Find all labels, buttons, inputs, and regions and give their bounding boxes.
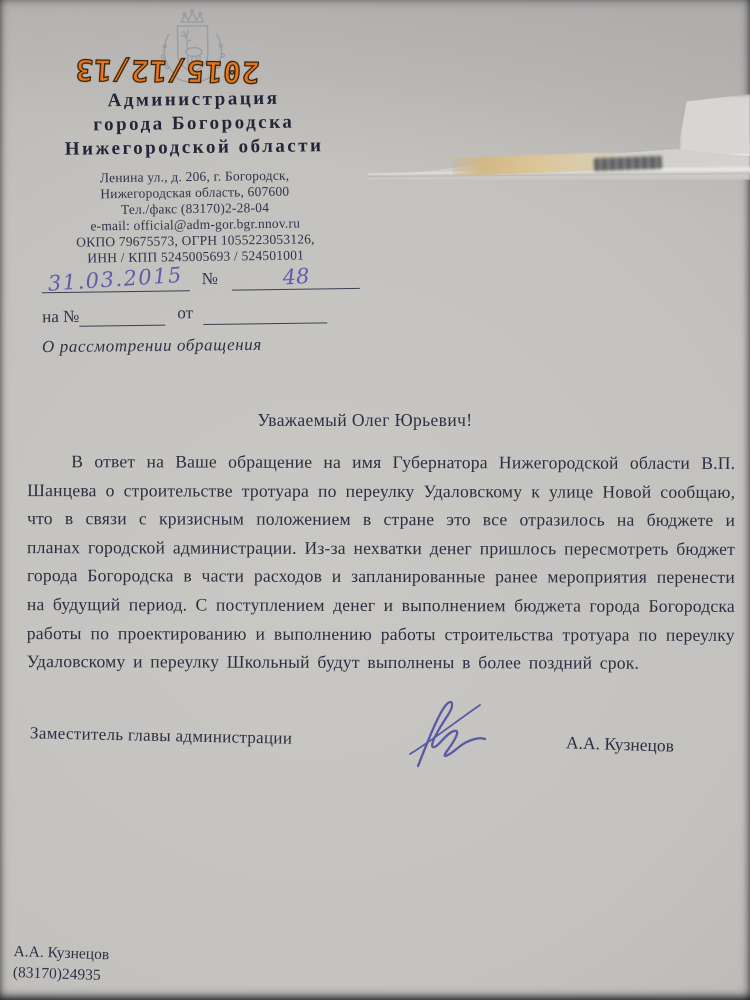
reply-from-label: от [177,303,193,325]
org-address-block: Ленина ул., д. 206, г. Богородск, Нижего… [18,167,371,268]
outgoing-line: 31.03.2015 № 48 [42,264,372,294]
signature-icon [388,692,506,780]
number-field: 48 [232,264,360,291]
signer-position: Заместитель главы администрации [30,723,293,748]
org-name-line3: Нижегородской области [18,134,370,163]
reference-block: 31.03.2015 № 48 на № от [42,264,373,337]
date-field: 31.03.2015 [42,266,190,293]
reply-to-line: на № от [42,298,372,328]
handwritten-date: 31.03.2015 [47,263,184,296]
paper-corner [678,94,750,156]
reply-number-field [79,301,165,327]
reply-date-field [203,298,327,325]
reply-prefix-label: на № [42,307,79,328]
letter-body: В ответ на Ваше обращение на имя Губерна… [27,447,736,678]
subject-line: О рассмотрении обращения [42,335,262,357]
salutation: Уважаемый Олег Юрьевич! [0,410,730,431]
illegible-text-smudge [594,156,662,171]
number-sign: № [202,269,219,291]
signer-name: А.А. Кузнецов [566,732,675,756]
letter-photo: Администрация города Богородска Нижегоро… [0,0,750,1000]
contact-phone: (83170)24935 [13,962,109,986]
footer-contact: А.А. Кузнецов (83170)24935 [13,941,110,986]
letterhead: Администрация города Богородска Нижегоро… [16,4,372,268]
camera-date-stamp: 2015/12/13 [73,53,261,90]
handwritten-number: 48 [282,264,310,290]
